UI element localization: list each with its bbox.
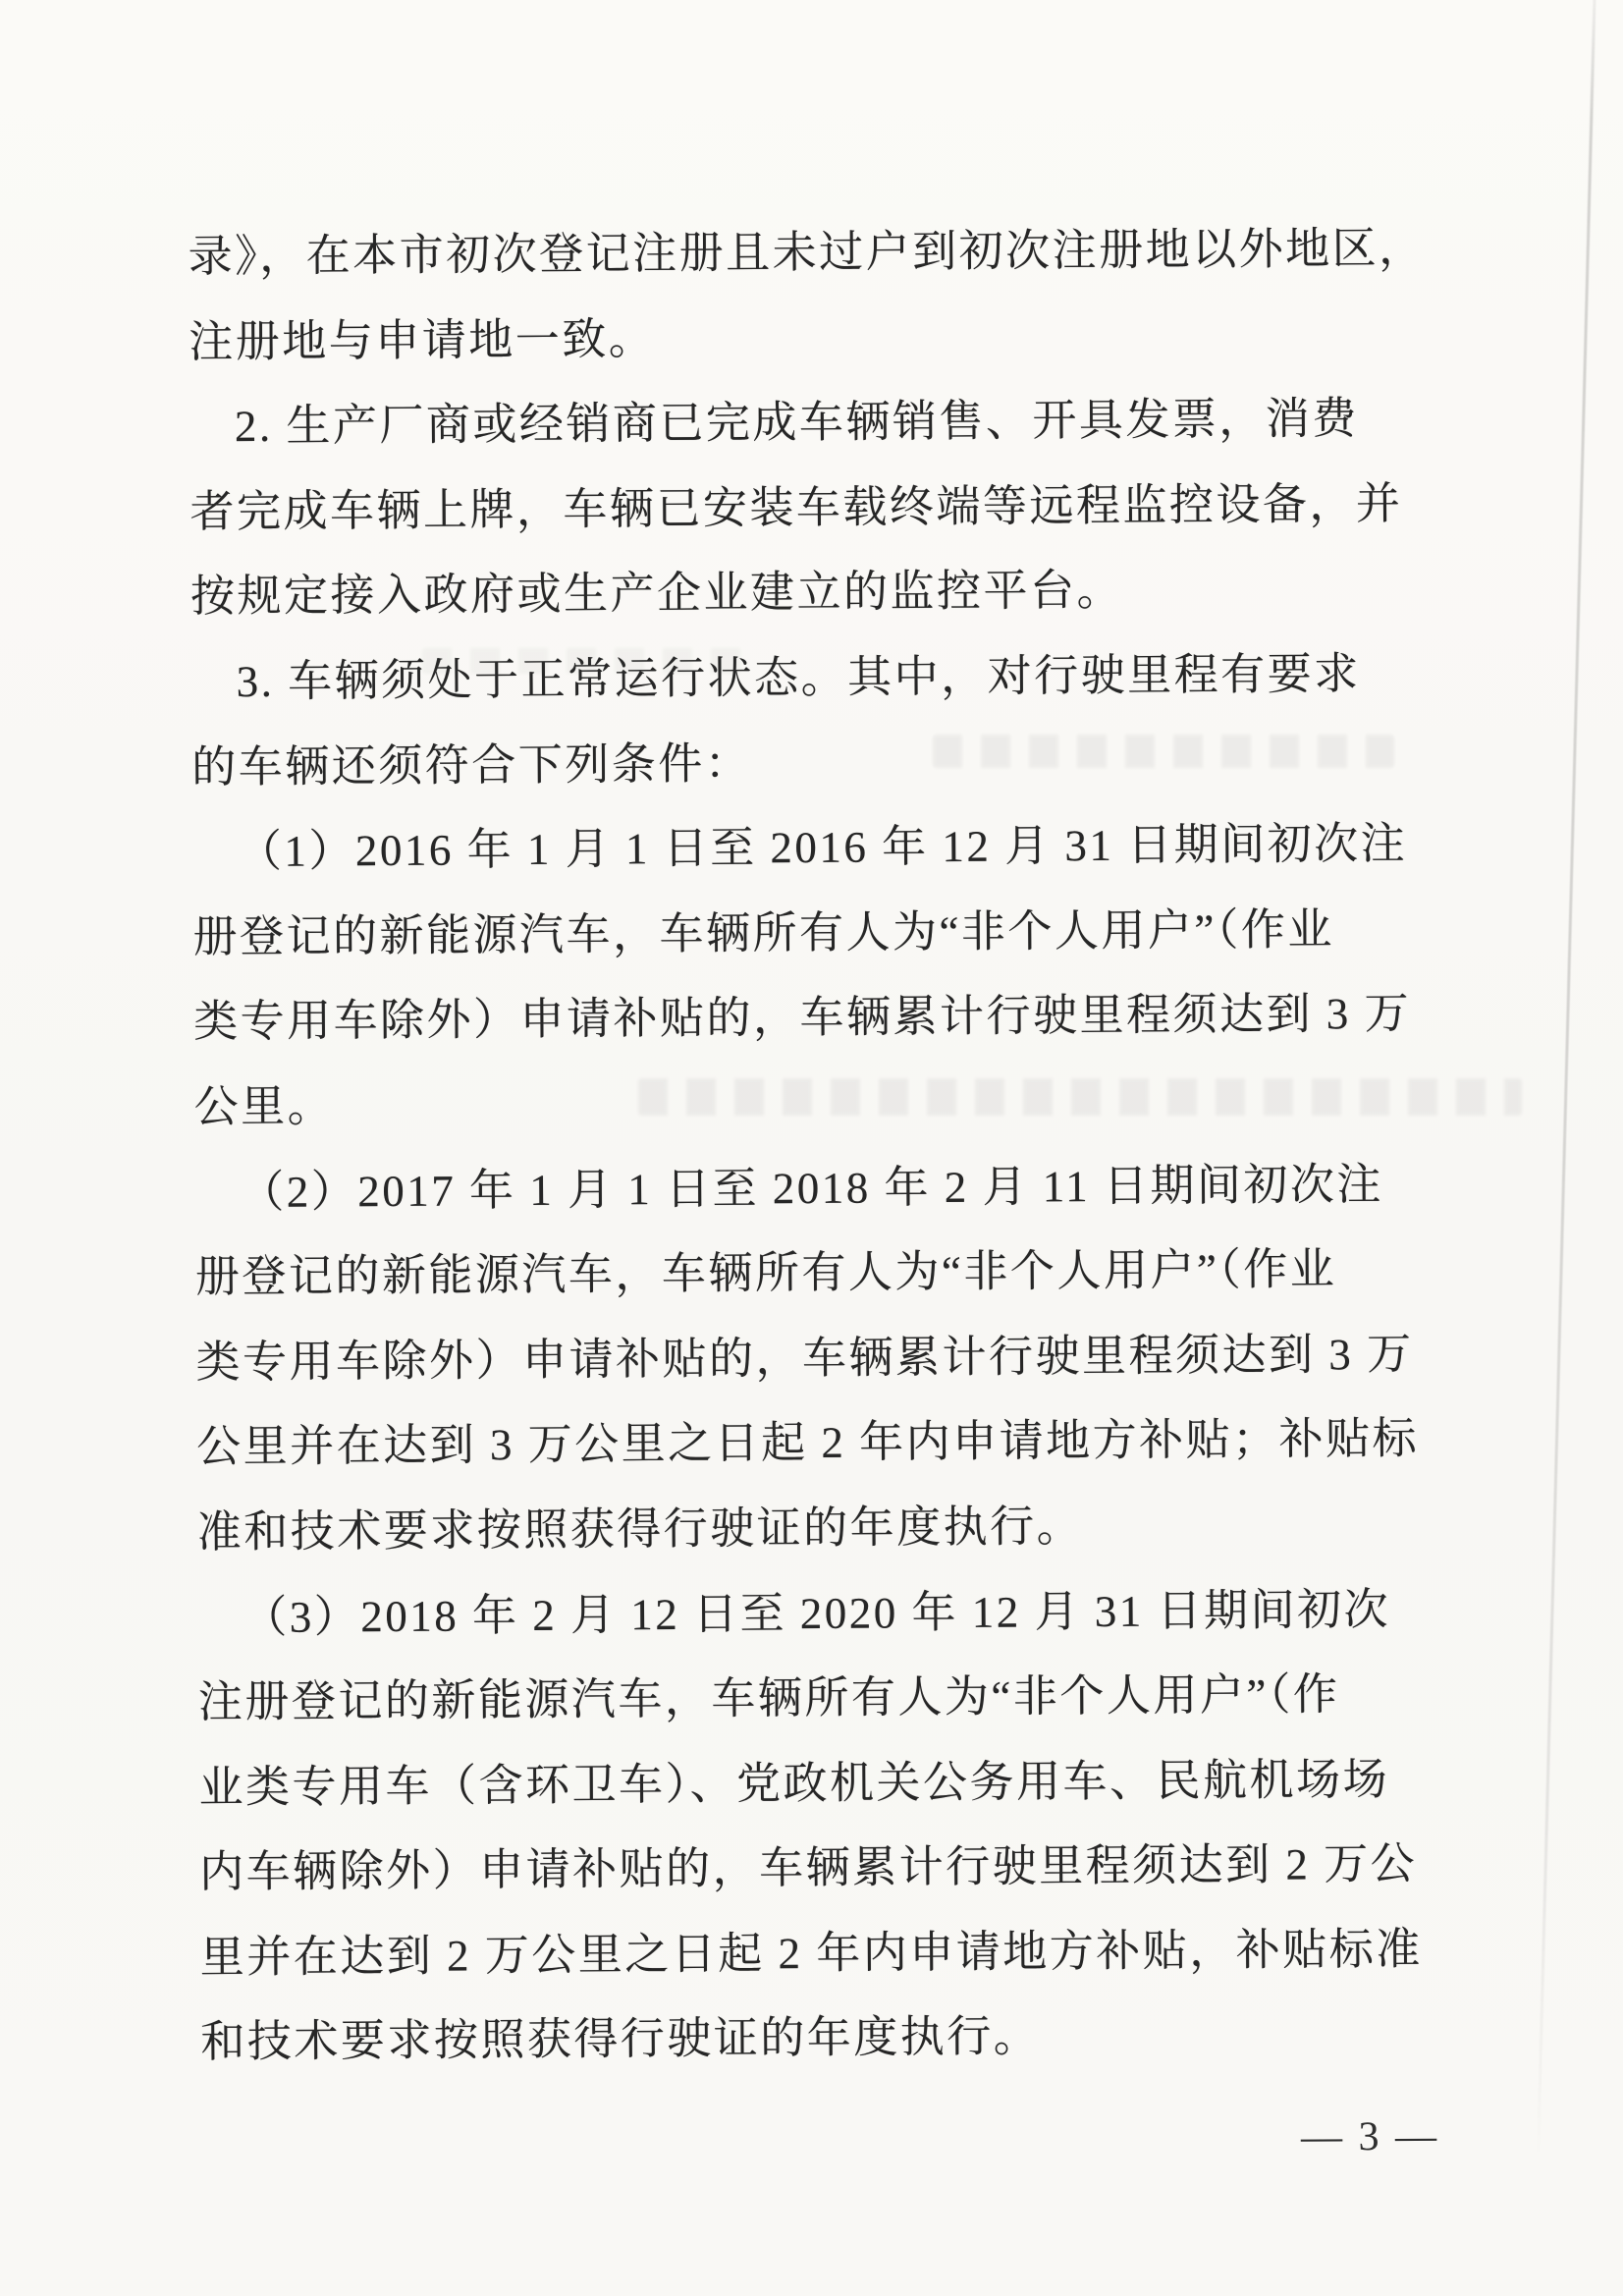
document-line: 册登记的新能源汽车，车辆所有人为“非个人用户”（作业: [195, 1227, 1434, 1320]
document-line: 公里并在达到 3 万公里之日起 2 年内申请地方补贴；补贴标: [196, 1396, 1434, 1490]
document-line: （2）2017 年 1 月 1 日至 2018 年 2 月 11 日期间初次注: [194, 1141, 1433, 1234]
document-line: 里并在达到 2 万公里之日起 2 年内申请地方补贴，补贴标准: [199, 1906, 1437, 1999]
document-line: 类专用车除外）申请补贴的，车辆累计行驶里程须达到 3 万: [193, 971, 1432, 1065]
show-through-smudge: [933, 735, 1394, 768]
document-line: 和技术要求按照获得行驶证的年度执行。: [200, 1992, 1438, 2085]
body-text: 录》，在本市初次登记注册且未过户到初次注册地以外地区，注册地与申请地一致。2. …: [188, 206, 1437, 2086]
document-line: （3）2018 年 2 月 12 日至 2020 年 12 月 31 日期间初次: [197, 1566, 1435, 1660]
document-line: 者完成车辆上牌，车辆已安装车载终端等远程监控设备，并: [189, 461, 1428, 554]
document-line: 3. 车辆须处于正常运行状态。其中，对行驶里程有要求: [190, 631, 1429, 725]
document-line: 册登记的新能源汽车，车辆所有人为“非个人用户”（作业: [192, 886, 1431, 979]
show-through-smudge: [638, 1078, 1522, 1116]
document-line: 注册地与申请地一致。: [189, 291, 1427, 384]
scanned-content: 录》，在本市初次登记注册且未过户到初次注册地以外地区，注册地与申请地一致。2. …: [0, 0, 1623, 2296]
document-line: 准和技术要求按照获得行驶证的年度执行。: [196, 1481, 1434, 1574]
document-line: 类专用车除外）申请补贴的，车辆累计行驶里程须达到 3 万: [195, 1311, 1434, 1404]
document-line: （1）2016 年 1 月 1 日至 2016 年 12 月 31 日期间初次注: [192, 801, 1431, 895]
document-page: 录》，在本市初次登记注册且未过户到初次注册地以外地区，注册地与申请地一致。2. …: [0, 0, 1623, 2296]
document-line: 内车辆除外）申请补贴的，车辆累计行驶里程须达到 2 万公: [199, 1822, 1437, 1915]
document-line: 业类专用车（含环卫车）、党政机关公务用车、民航机场场: [198, 1736, 1436, 1830]
document-line: 录》，在本市初次登记注册且未过户到初次注册地以外地区，: [188, 206, 1426, 300]
document-line: 按规定接入政府或生产企业建立的监控平台。: [190, 546, 1429, 639]
page-number: — 3 —: [1301, 2113, 1439, 2161]
show-through-smudge: [422, 648, 746, 674]
document-line: 注册登记的新能源汽车，车辆所有人为“非个人用户”（作: [198, 1652, 1436, 1745]
document-line: 2. 生产厂商或经销商已完成车辆销售、开具发票，消费: [189, 376, 1428, 469]
